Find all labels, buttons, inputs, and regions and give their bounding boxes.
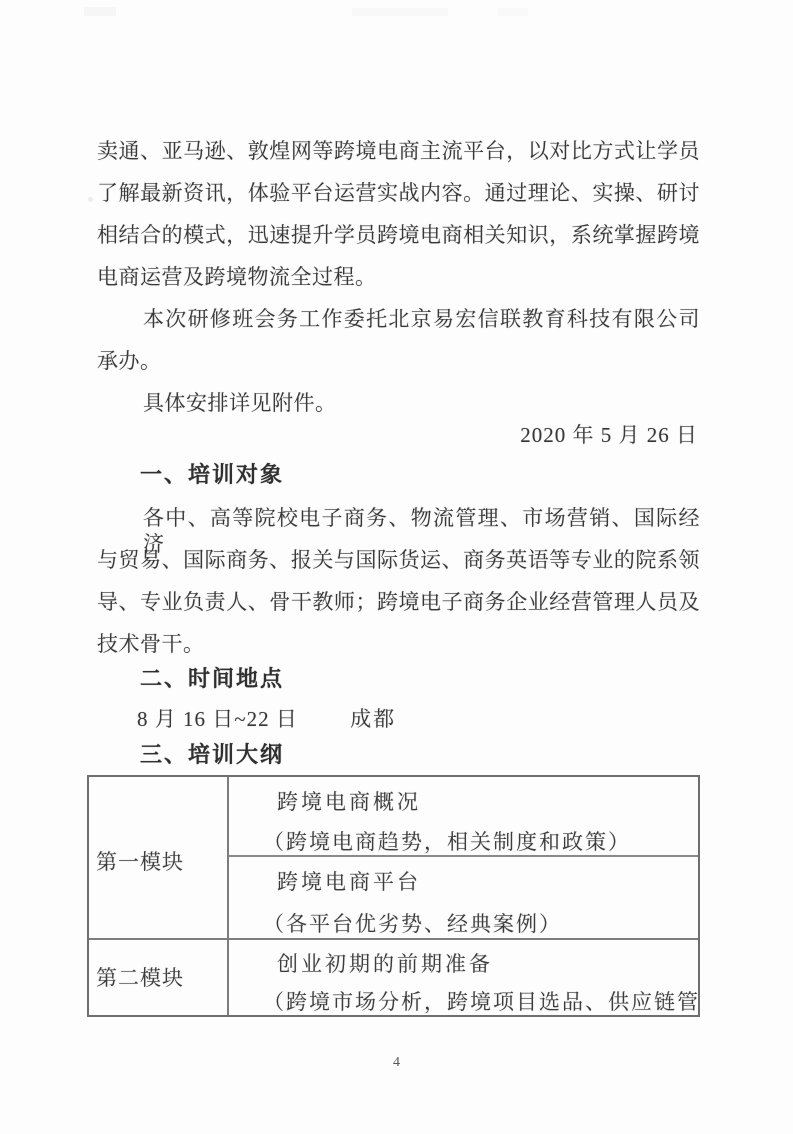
schedule-date: 8 月 16 日~22 日: [137, 707, 298, 731]
intro-line-3: 相结合的模式，迅速提升学员跨境电商相关知识，系统掌握跨境: [97, 222, 700, 252]
intro-line-1: 卖通、亚马逊、敦煌网等跨境电商主流平台，以对比方式让学员: [97, 138, 700, 168]
attachment-note: 具体安排详见附件。: [97, 390, 700, 420]
module-1-topic-1-detail: （跨境电商趋势，相关制度和政策）: [263, 830, 631, 854]
document-page: 卖通、亚马逊、敦煌网等跨境电商主流平台，以对比方式让学员 了解最新资讯，体验平台…: [0, 0, 793, 1134]
module-2-topic-1-title: 创业初期的前期准备: [277, 952, 493, 976]
schedule-location: 成都: [350, 707, 396, 731]
scan-artifact: [352, 8, 448, 16]
section3-title: 三、培训大纲: [140, 742, 284, 768]
section1-line-3: 导、专业负责人、骨干教师；跨境电子商务企业经营管理人员及: [97, 589, 700, 619]
module-1-topic-2-title: 跨境电商平台: [277, 870, 421, 894]
module-2-topic-1-detail: （跨境市场分析，跨境项目选品、供应链管: [263, 990, 700, 1014]
outline-table: 第一模块 跨境电商概况 （跨境电商趋势，相关制度和政策） 跨境电商平台 （各平台…: [87, 775, 700, 1017]
organizer-line-2: 承办。: [97, 348, 700, 378]
section1-line-2: 与贸易、国际商务、报关与国际货运、商务英语等专业的院系领: [97, 547, 700, 577]
scan-artifact: [498, 8, 528, 16]
issue-date: 2020 年 5 月 26 日: [520, 422, 698, 448]
scan-artifact: [84, 7, 116, 16]
scan-artifact: [88, 197, 93, 202]
module-1-topic-1-title: 跨境电商概况: [277, 790, 421, 814]
intro-line-4: 电商运营及跨境物流全过程。: [97, 264, 700, 294]
organizer-line-1: 本次研修班会务工作委托北京易宏信联教育科技有限公司: [97, 306, 700, 336]
module-1-label: 第一模块: [96, 850, 184, 874]
table-column-divider: [227, 777, 229, 1015]
section1-title: 一、培训对象: [140, 462, 284, 488]
section1-line-4: 技术骨干。: [97, 631, 700, 661]
section2-title: 二、时间地点: [140, 666, 284, 692]
module-1-topic-2-detail: （各平台优劣势、经典案例）: [263, 912, 562, 936]
table-subrow-divider: [229, 855, 698, 857]
intro-line-2: 了解最新资讯，体验平台运营实战内容。通过理论、实操、研讨: [97, 180, 700, 210]
table-row-divider: [89, 938, 698, 940]
module-2-label: 第二模块: [96, 966, 184, 990]
schedule-line: 8 月 16 日~22 日 成都: [137, 706, 396, 732]
section1-line-1: 各中、高等院校电子商务、物流管理、市场营销、国际经济: [97, 505, 700, 535]
page-number: 4: [0, 1055, 793, 1071]
